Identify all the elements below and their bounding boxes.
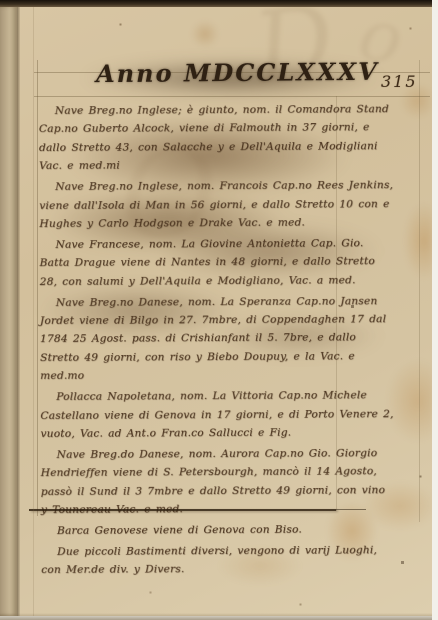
page-gutter-edge: [0, 6, 17, 616]
book-top-edge-shadow: [0, 0, 433, 7]
book-bottom-edge-shadow: [0, 613, 433, 620]
binding-crease: [17, 6, 20, 616]
left-margin-line: [37, 60, 38, 516]
manuscript-page: D o O Anno MDCCLXXXV 315 Nave Breg.no In…: [0, 6, 433, 616]
closing-rule: [29, 509, 336, 511]
closing-rule-extension: [336, 509, 366, 510]
ruled-line-below-heading: [34, 96, 430, 97]
ship-entry: Nave Francese, nom. La Giovine Antoniett…: [39, 234, 393, 291]
year-heading: Anno MDCCLXXXV: [96, 57, 366, 88]
photo-border-strip: [432, 0, 438, 620]
ship-entry: Nave Breg.no Danese, nom. La Speranza Ca…: [40, 292, 394, 386]
folio-number: 315: [381, 72, 418, 91]
fold-crease: [33, 6, 34, 616]
ship-entry: Barca Genovese viene di Genova con Biso.: [41, 520, 395, 540]
ship-entry: Pollacca Napoletana, nom. La Vittoria Ca…: [40, 386, 394, 443]
ship-entry: Due piccoli Bastimenti diversi, vengono …: [41, 541, 395, 580]
manuscript-photo: D o O Anno MDCCLXXXV 315 Nave Breg.no In…: [0, 0, 438, 620]
right-margin-line: [419, 60, 420, 522]
ship-entry: Nave Breg.no Inglese, nom. Francois Cap.…: [39, 176, 393, 233]
ship-entry: Nave Breg.no Inglese; è giunto, nom. il …: [39, 100, 393, 175]
